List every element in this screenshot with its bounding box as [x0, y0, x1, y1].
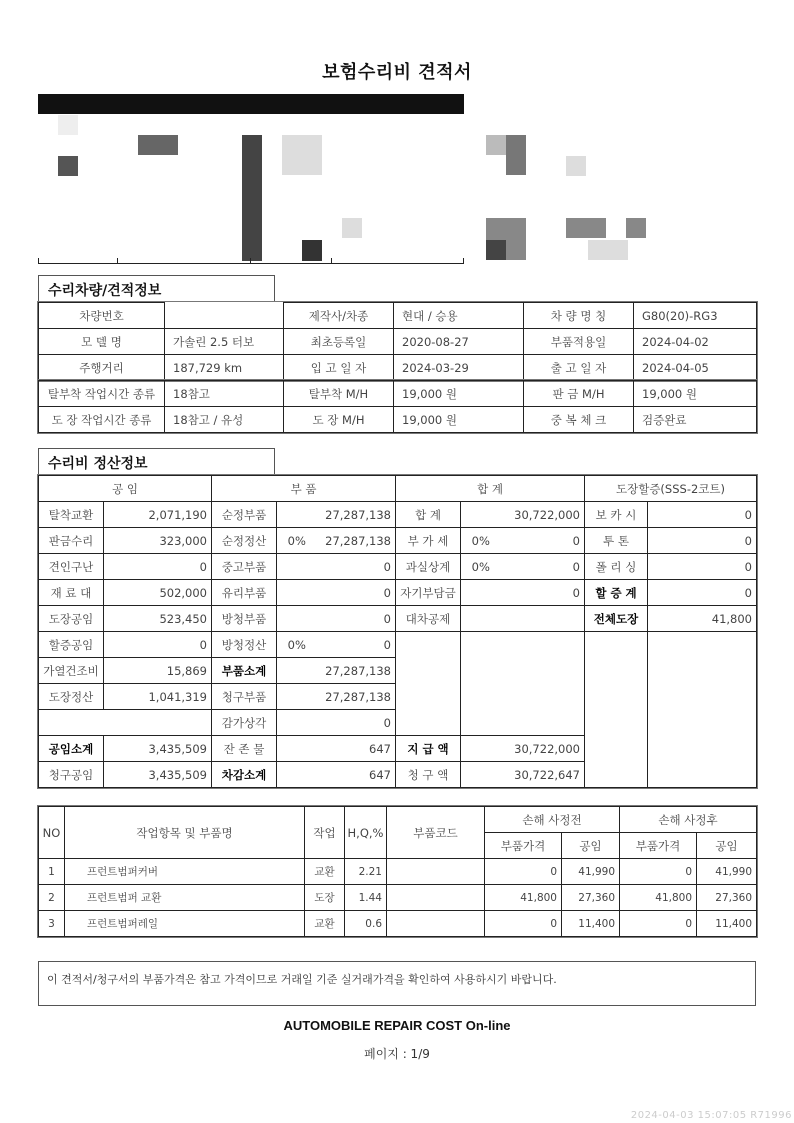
- row-no: 3: [39, 911, 65, 937]
- work-items-table: NO 작업항목 및 부품명 작업 H,Q,% 부품코드 손해 사정전 손해 사정…: [38, 806, 757, 937]
- row-work: 교환: [305, 911, 345, 937]
- row-before-part: 41,800: [485, 885, 562, 911]
- row-before-part: 0: [485, 859, 562, 885]
- totals-pct: 0%: [461, 528, 501, 554]
- parts-label: 잔 존 물: [212, 736, 277, 762]
- labor-value: 0: [104, 632, 212, 658]
- paint-empty-label: [585, 632, 648, 788]
- paint-value: 0: [648, 554, 757, 580]
- row-item: 프런트범퍼커버: [65, 859, 305, 885]
- labor-label: 가열건조비: [39, 658, 104, 684]
- row-hq: 2.21: [345, 859, 387, 885]
- header-after-adjust: 손해 사정후: [620, 807, 757, 833]
- label-mileage: 주행거리: [39, 355, 165, 381]
- label-detach-mh: 탈부착 M/H: [284, 381, 394, 407]
- vehicle-info-row: 차량번호 제작사/차종 현대 / 승용 차 량 명 칭 G80(20)-RG3: [39, 303, 757, 329]
- value-intake-date: 2024-03-29: [394, 355, 524, 381]
- value-detach-time-type: 18참고: [165, 381, 284, 407]
- header-after-labor: 공임: [697, 833, 757, 859]
- labor-value: 502,000: [104, 580, 212, 606]
- settlement-row: 도장공임 523,450 방청부품 0 대차공제 전체도장 41,800: [39, 606, 757, 632]
- labor-value: 323,000: [104, 528, 212, 554]
- totals-value: [461, 606, 585, 632]
- labor-value: 3,435,509: [104, 762, 212, 788]
- parts-value: 0: [277, 554, 396, 580]
- value-manufacturer: 현대 / 승용: [394, 303, 524, 329]
- header-no: NO: [39, 807, 65, 859]
- header-work: 작업: [305, 807, 345, 859]
- row-before-labor: 11,400: [562, 911, 620, 937]
- labor-value: 0: [104, 554, 212, 580]
- labor-label: 탈착교환: [39, 502, 104, 528]
- row-part-code: [387, 885, 485, 911]
- paint-empty-value: [648, 632, 757, 788]
- label-release-date: 출 고 일 자: [524, 355, 634, 381]
- paint-label: 할 증 계: [585, 580, 648, 606]
- settlement-row: 판금수리 323,000 순정정산 0% 27,287,138 부 가 세 0%…: [39, 528, 757, 554]
- deduction-subtotal-label: 차감소계: [212, 762, 277, 788]
- header-after-part-price: 부품가격: [620, 833, 697, 859]
- label-manufacturer: 제작사/차종: [284, 303, 394, 329]
- totals-value: 0: [461, 580, 585, 606]
- settlement-row: 재 료 대 502,000 유리부품 0 자기부담금 0 할 증 계 0: [39, 580, 757, 606]
- parts-label: 방청정산: [212, 632, 277, 658]
- footer-brand: AUTOMOBILE REPAIR COST On-line: [0, 1018, 794, 1033]
- parts-value: 27,287,138: [317, 528, 396, 554]
- work-time-table: 탈부착 작업시간 종류 18참고 탈부착 M/H 19,000 원 판 금 M/…: [38, 380, 757, 433]
- value-first-registration: 2020-08-27: [394, 329, 524, 355]
- parts-label: 유리부품: [212, 580, 277, 606]
- label-paint-time-type: 도 장 작업시간 종류: [39, 407, 165, 433]
- table-row: 1 프런트범퍼커버 교환 2.21 0 41,990 0 41,990: [39, 859, 757, 885]
- vehicle-info-section-title: 수리차량/견적정보: [38, 275, 275, 302]
- row-part-code: [387, 859, 485, 885]
- header-part-code: 부품코드: [387, 807, 485, 859]
- settlement-row: 할증공임 0 방청정산 0% 0: [39, 632, 757, 658]
- value-detach-mh: 19,000 원: [394, 381, 524, 407]
- redaction-bar: [38, 94, 464, 114]
- value-vehicle-name: G80(20)-RG3: [634, 303, 757, 329]
- label-model: 모 델 명: [39, 329, 165, 355]
- vehicle-info-row: 모 델 명 가솔린 2.5 터보 최초등록일 2020-08-27 부품적용일 …: [39, 329, 757, 355]
- value-paint-mh: 19,000 원: [394, 407, 524, 433]
- page-indicator: 페이지 : 1/9: [0, 1045, 794, 1062]
- paint-label: 보 카 시: [585, 502, 648, 528]
- value-model: 가솔린 2.5 터보: [165, 329, 284, 355]
- row-no: 1: [39, 859, 65, 885]
- value-vehicle-number: [165, 303, 284, 329]
- labor-label: 재 료 대: [39, 580, 104, 606]
- parts-subtotal-label: 부품소계: [212, 658, 277, 684]
- parts-label: 청구부품: [212, 684, 277, 710]
- label-vehicle-number: 차량번호: [39, 303, 165, 329]
- paint-value: 0: [648, 502, 757, 528]
- vehicle-info-row: 도 장 작업시간 종류 18참고 / 유성 도 장 M/H 19,000 원 중…: [39, 407, 757, 433]
- labor-value: 1,041,319: [104, 684, 212, 710]
- payment-amount-label: 지 급 액: [396, 736, 461, 762]
- row-before-labor: 41,990: [562, 859, 620, 885]
- price-notice: 이 견적서/청구서의 부품가격은 참고 가격이므로 거래일 기준 실거래가격을 …: [38, 961, 756, 1006]
- parts-pct: 0%: [277, 632, 317, 658]
- paint-label: 전체도장: [585, 606, 648, 632]
- payment-amount-value: 30,722,000: [461, 736, 585, 762]
- header-before-part-price: 부품가격: [485, 833, 562, 859]
- label-first-registration: 최초등록일: [284, 329, 394, 355]
- label-detach-time-type: 탈부착 작업시간 종류: [39, 381, 165, 407]
- parts-value: 27,287,138: [277, 502, 396, 528]
- vehicle-info-row: 탈부착 작업시간 종류 18참고 탈부착 M/H 19,000 원 판 금 M/…: [39, 381, 757, 407]
- vehicle-info-row: 주행거리 187,729 km 입 고 일 자 2024-03-29 출 고 일…: [39, 355, 757, 381]
- row-item: 프런트범퍼 교환: [65, 885, 305, 911]
- header-before-labor: 공임: [562, 833, 620, 859]
- row-part-code: [387, 911, 485, 937]
- label-intake-date: 입 고 일 자: [284, 355, 394, 381]
- parts-subtotal-value: 27,287,138: [277, 658, 396, 684]
- totals-empty-label: [396, 632, 461, 736]
- totals-value: 0: [501, 528, 585, 554]
- labor-label: 판금수리: [39, 528, 104, 554]
- totals-label: 과실상계: [396, 554, 461, 580]
- label-paint-mh: 도 장 M/H: [284, 407, 394, 433]
- row-hq: 1.44: [345, 885, 387, 911]
- row-before-labor: 27,360: [562, 885, 620, 911]
- labor-subtotal-value: 3,435,509: [104, 736, 212, 762]
- header-hq: H,Q,%: [345, 807, 387, 859]
- paint-label: 폴 리 싱: [585, 554, 648, 580]
- parts-value: 0: [277, 606, 396, 632]
- parts-value: 27,287,138: [277, 684, 396, 710]
- deduction-subtotal-value: 647: [277, 762, 396, 788]
- vehicle-info-table: 차량번호 제작사/차종 현대 / 승용 차 량 명 칭 G80(20)-RG3 …: [38, 302, 757, 381]
- label-duplicate-check: 중 복 체 크: [524, 407, 634, 433]
- row-after-part: 0: [620, 911, 697, 937]
- header-before-adjust: 손해 사정전: [485, 807, 620, 833]
- label-vehicle-name: 차 량 명 칭: [524, 303, 634, 329]
- row-after-part: 41,800: [620, 885, 697, 911]
- document-title: 보험수리비 견적서: [0, 58, 794, 84]
- value-parts-date: 2024-04-02: [634, 329, 757, 355]
- settlement-row: 탈착교환 2,071,190 순정부품 27,287,138 합 계 30,72…: [39, 502, 757, 528]
- parts-value: 0: [317, 632, 396, 658]
- labor-value: 2,071,190: [104, 502, 212, 528]
- row-after-part: 0: [620, 859, 697, 885]
- labor-empty: [39, 710, 212, 736]
- row-hq: 0.6: [345, 911, 387, 937]
- parts-value: 0: [277, 580, 396, 606]
- paint-value: 0: [648, 528, 757, 554]
- value-release-date: 2024-04-05: [634, 355, 757, 381]
- row-before-part: 0: [485, 911, 562, 937]
- header-parts: 부 품: [212, 476, 396, 502]
- parts-label: 방청부품: [212, 606, 277, 632]
- totals-label: 자기부담금: [396, 580, 461, 606]
- parts-label: 중고부품: [212, 554, 277, 580]
- totals-empty-value: [461, 632, 585, 736]
- row-after-labor: 11,400: [697, 911, 757, 937]
- claim-amount-value: 30,722,647: [461, 762, 585, 788]
- parts-value: 647: [277, 736, 396, 762]
- row-after-labor: 27,360: [697, 885, 757, 911]
- value-paint-time-type: 18참고 / 유성: [165, 407, 284, 433]
- claim-amount-label: 청 구 액: [396, 762, 461, 788]
- header-labor: 공 임: [39, 476, 212, 502]
- table-row: 3 프런트범퍼레일 교환 0.6 0 11,400 0 11,400: [39, 911, 757, 937]
- paint-value: 0: [648, 580, 757, 606]
- header-paint-surcharge: 도장할증(SSS-2코트): [585, 476, 757, 502]
- totals-pct: 0%: [461, 554, 501, 580]
- value-sheet-metal-mh: 19,000 원: [634, 381, 757, 407]
- row-item: 프런트범퍼레일: [65, 911, 305, 937]
- parts-label: 감가상각: [212, 710, 277, 736]
- header-total: 합 계: [396, 476, 585, 502]
- settlement-section-title: 수리비 정산정보: [38, 448, 275, 475]
- labor-label: 할증공임: [39, 632, 104, 658]
- paint-value: 41,800: [648, 606, 757, 632]
- parts-value: 0: [277, 710, 396, 736]
- value-mileage: 187,729 km: [165, 355, 284, 381]
- totals-label: 대차공제: [396, 606, 461, 632]
- settlement-row: 견인구난 0 중고부품 0 과실상계 0% 0 폴 리 싱 0: [39, 554, 757, 580]
- row-after-labor: 41,990: [697, 859, 757, 885]
- labor-subtotal-label: 공임소계: [39, 736, 104, 762]
- label-sheet-metal-mh: 판 금 M/H: [524, 381, 634, 407]
- labor-value: 523,450: [104, 606, 212, 632]
- value-duplicate-check: 검증완료: [634, 407, 757, 433]
- header-item: 작업항목 및 부품명: [65, 807, 305, 859]
- parts-pct: 0%: [277, 528, 317, 554]
- labor-label: 도장정산: [39, 684, 104, 710]
- labor-label: 도장공임: [39, 606, 104, 632]
- settlement-table: 공 임 부 품 합 계 도장할증(SSS-2코트) 탈착교환 2,071,190…: [38, 475, 757, 788]
- parts-label: 순정부품: [212, 502, 277, 528]
- settlement-header-row: 공 임 부 품 합 계 도장할증(SSS-2코트): [39, 476, 757, 502]
- labor-value: 15,869: [104, 658, 212, 684]
- row-work: 도장: [305, 885, 345, 911]
- label-parts-date: 부품적용일: [524, 329, 634, 355]
- paint-label: 투 톤: [585, 528, 648, 554]
- parts-label: 순정정산: [212, 528, 277, 554]
- table-row: 2 프런트범퍼 교환 도장 1.44 41,800 27,360 41,800 …: [39, 885, 757, 911]
- totals-label: 합 계: [396, 502, 461, 528]
- totals-value: 0: [501, 554, 585, 580]
- totals-value: 30,722,000: [461, 502, 585, 528]
- work-items-header-row: NO 작업항목 및 부품명 작업 H,Q,% 부품코드 손해 사정전 손해 사정…: [39, 807, 757, 833]
- print-timestamp: 2024-04-03 15:07:05 R71996: [631, 1110, 792, 1121]
- row-no: 2: [39, 885, 65, 911]
- row-work: 교환: [305, 859, 345, 885]
- totals-label: 부 가 세: [396, 528, 461, 554]
- labor-label: 견인구난: [39, 554, 104, 580]
- labor-label: 청구공임: [39, 762, 104, 788]
